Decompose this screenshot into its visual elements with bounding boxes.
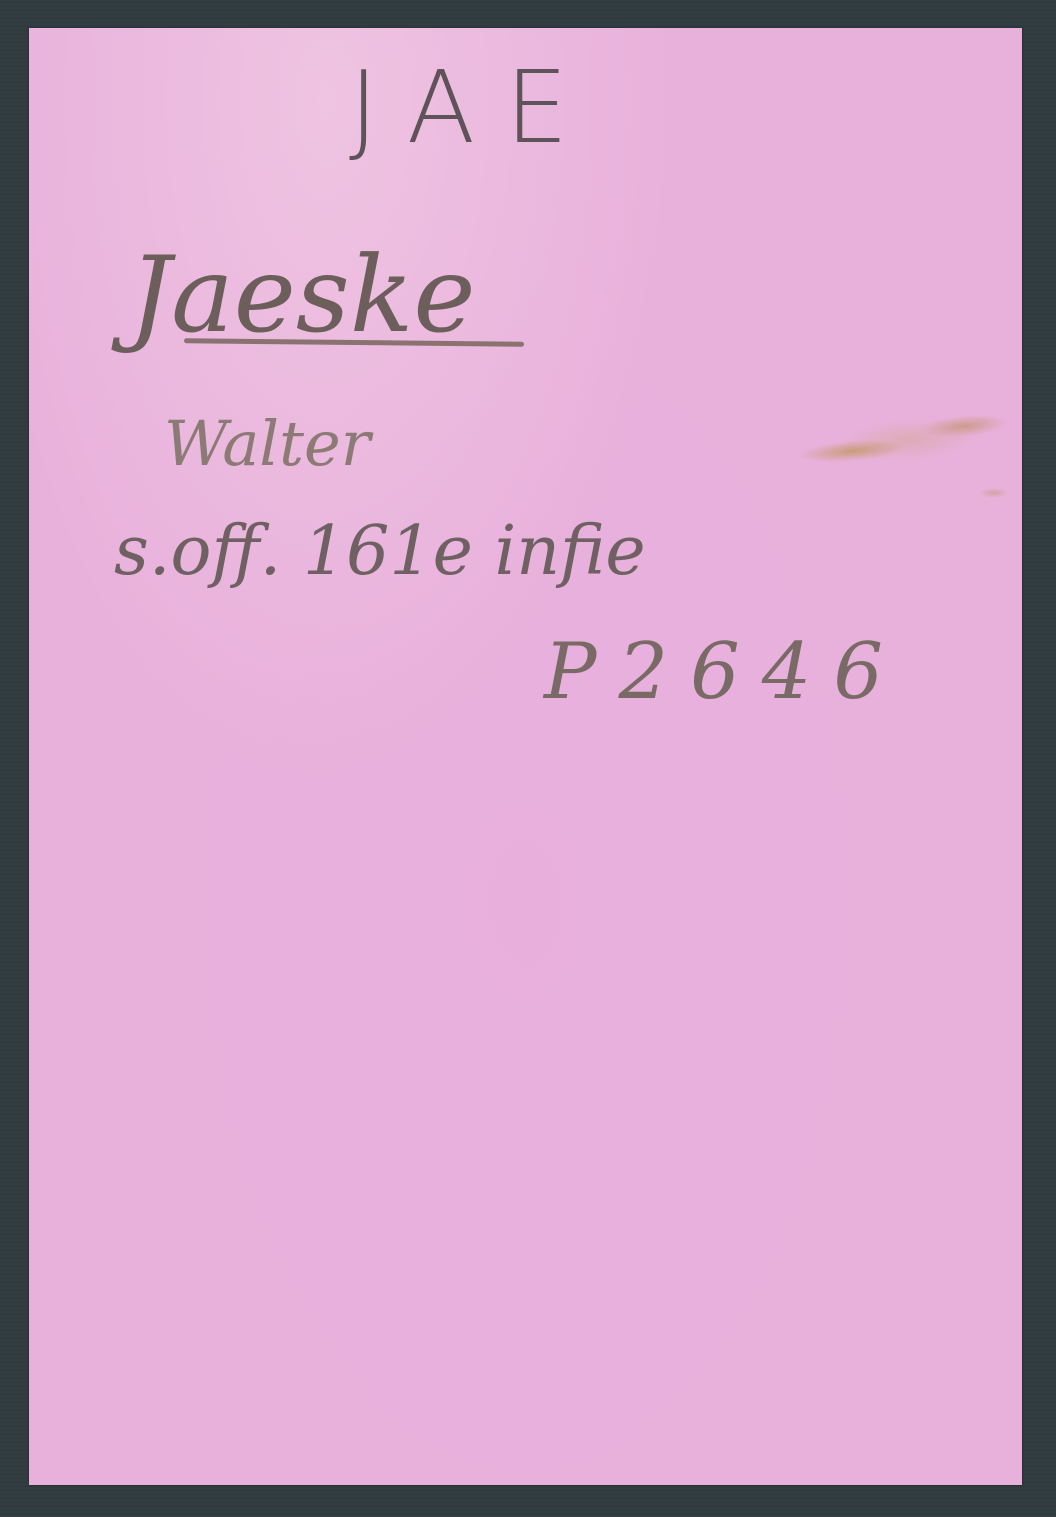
- reference-number: P2646: [544, 633, 905, 711]
- index-card: JAE Jaeske Walter s.off. 161e infie P264…: [29, 28, 1022, 1485]
- stain-mark: [792, 403, 1026, 483]
- surname: Jaeske: [129, 243, 475, 348]
- stain-mark-small: [979, 488, 1009, 498]
- rank-and-unit: s.off. 161e infie: [114, 518, 646, 586]
- first-name: Walter: [164, 413, 370, 475]
- card-index-code: JAE: [349, 58, 598, 158]
